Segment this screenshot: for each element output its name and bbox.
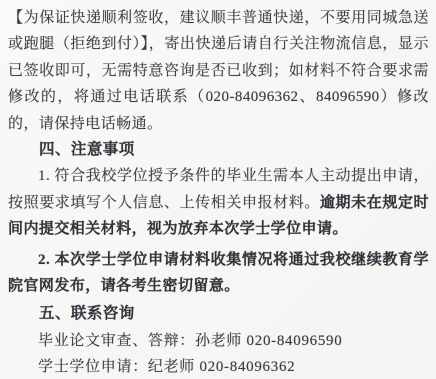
section-heading-notes-text: 四、注意事项 [39,141,135,158]
intro-paragraph: 【为保证快递顺利签收，建议顺丰普通快递，不要用同城急送或跑腿（拒绝到付）】，寄出… [8,5,429,137]
note-item-2-text: 2. 本次学士学位申请材料收集情况将通过我校继续教育学院官网发布，请各考生密切留… [8,252,429,294]
contact-line-degree: 学士学位申请：纪老师 020-84096362 [8,354,429,379]
section-heading-contact-text: 五、联系咨询 [39,305,135,322]
note-item-2: 2. 本次学士学位申请材料收集情况将通过我校继续教育学院官网发布，请各考生密切留… [8,247,429,300]
section-heading-contact: 五、联系咨询 [8,301,429,327]
contact-line-thesis-text: 毕业论文审查、答辩：孙老师 020-84096590 [38,333,342,349]
contact-line-thesis: 毕业论文审查、答辩：孙老师 020-84096590 [8,328,429,354]
note-item-1: 1. 符合我校学位授予条件的毕业生需本人主动提出申请，按照要求填写个人信息、上传… [8,163,429,242]
scanned-notice-page: 【为保证快递顺利签收，建议顺丰普通快递，不要用同城急送或跑腿（拒绝到付）】，寄出… [0,0,436,379]
section-heading-notes: 四、注意事项 [8,137,429,163]
intro-paragraph-text: 【为保证快递顺利签收，建议顺丰普通快递，不要用同城急送或跑腿（拒绝到付）】，寄出… [8,10,429,132]
contact-line-degree-text: 学士学位申请：纪老师 020-84096362 [38,359,295,375]
